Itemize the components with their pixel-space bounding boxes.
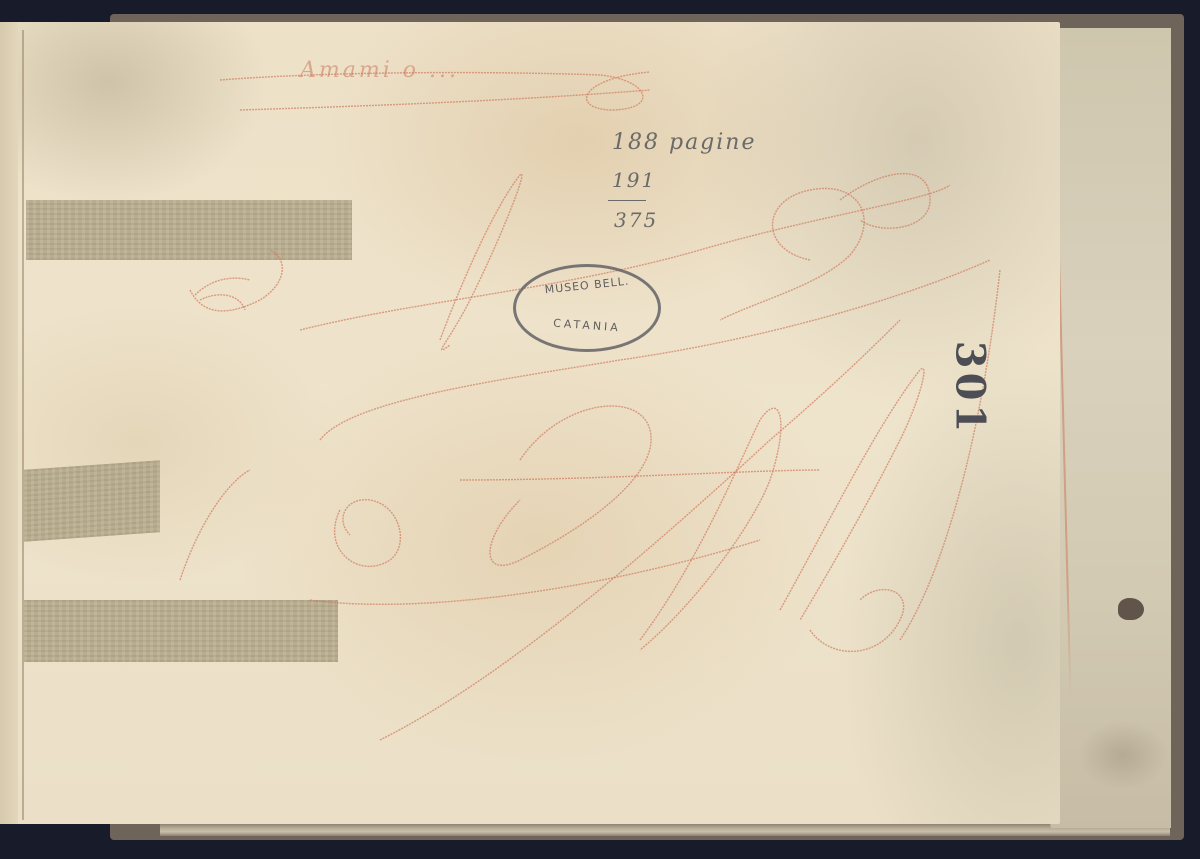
sponge-strip <box>26 200 352 260</box>
pencil-note-count-a: 191 <box>612 168 656 192</box>
flap-stain <box>1078 720 1168 790</box>
pencil-sum-rule <box>608 200 646 201</box>
stamp-bottom-text: CATANIA <box>516 314 659 337</box>
gutter-line <box>22 30 24 820</box>
sponge-strip <box>24 600 338 662</box>
ink-spot <box>1118 598 1144 620</box>
shelf-number-stamp: 301 <box>946 341 993 437</box>
scan-canvas: Amami o ... 188 pagine 191 375 <box>0 0 1200 859</box>
manuscript-page <box>18 22 1060 824</box>
pencil-note-count-b: 375 <box>614 208 658 232</box>
stamp-top-text: MUSEO BELL. <box>516 272 659 300</box>
board-bottom-edge <box>160 822 1170 836</box>
red-crayon-heading: Amami o ... <box>300 58 459 83</box>
museum-stamp: MUSEO BELL. CATANIA <box>513 264 661 352</box>
sponge-strip <box>24 460 160 542</box>
right-flap <box>1050 28 1171 828</box>
pencil-note-pages: 188 pagine <box>612 130 757 155</box>
